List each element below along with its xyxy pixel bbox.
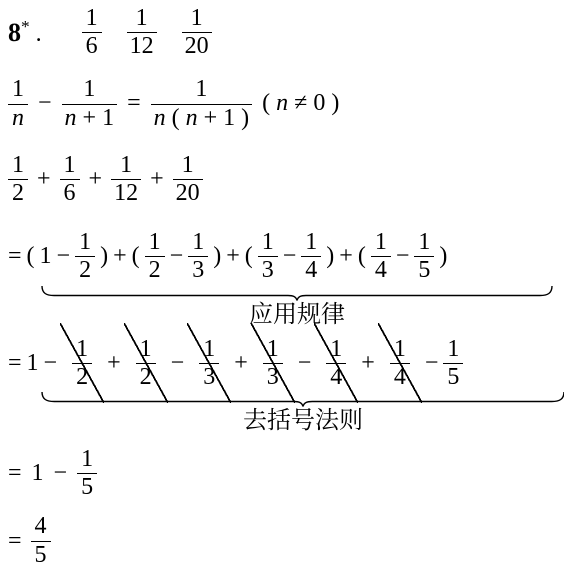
denominator: 3 xyxy=(188,257,208,283)
numerator: 1 xyxy=(62,77,118,104)
math-run: n xyxy=(65,105,77,131)
math-run: + xyxy=(89,166,103,192)
math-run: − xyxy=(425,350,439,376)
plus-operator: + xyxy=(339,244,353,269)
math-run: − xyxy=(283,243,297,269)
fraction-stack: 12 xyxy=(136,337,156,390)
math-run: + 1 ) xyxy=(198,105,250,131)
numerator: 1 xyxy=(8,77,28,104)
math-run: 4 xyxy=(305,257,317,283)
math-run: 1 xyxy=(182,152,194,178)
math-run: 1 xyxy=(12,76,24,102)
equals-sign: = xyxy=(8,351,22,376)
math-run: 5 xyxy=(447,364,459,390)
number-one: 1 xyxy=(32,461,44,486)
math-run: ( xyxy=(132,243,140,269)
math-run: 4 xyxy=(330,364,342,390)
fraction-stack: 120 xyxy=(182,6,212,59)
math-run: 12 xyxy=(114,180,138,206)
apply-rule-label: 应用规律 xyxy=(41,302,553,330)
math-run: 1 xyxy=(305,229,317,255)
line-cancelled-terms: =1−12+12−13+13−14+14−15 xyxy=(8,337,564,390)
fraction: 112 xyxy=(127,6,157,59)
numerator: 1 xyxy=(77,447,97,474)
fraction: 14 xyxy=(301,230,321,283)
math-run: 1 xyxy=(120,152,132,178)
math-run: 5 xyxy=(418,257,430,283)
fraction: 120 xyxy=(173,153,203,206)
math-run: 1 xyxy=(27,350,39,376)
math-run: − xyxy=(170,243,184,269)
math-run: 4 xyxy=(375,257,387,283)
close-paren: ) xyxy=(213,244,221,269)
fraction-stack: 1n ( n + 1 ) xyxy=(151,77,253,130)
math-run: 1 xyxy=(203,336,215,362)
math-run: 2 xyxy=(76,364,88,390)
equals-sign: = xyxy=(8,529,22,554)
math-run: 5 xyxy=(81,474,93,500)
remove-brackets-rule-label: 去括号法则 xyxy=(41,408,564,436)
math-run: + xyxy=(113,243,127,269)
fraction: 15 xyxy=(443,337,463,390)
fraction: 1n ( n + 1 ) xyxy=(151,77,253,130)
math-run: + xyxy=(226,243,240,269)
plus-operator: + xyxy=(107,351,121,376)
underbrace-icon xyxy=(41,285,553,301)
numerator: 1 xyxy=(371,230,391,257)
numerator: 1 xyxy=(301,230,321,257)
fraction: 14 xyxy=(371,230,391,283)
fraction: 1n xyxy=(8,77,28,130)
denominator: 5 xyxy=(77,474,97,500)
math-run: 1 xyxy=(195,76,207,102)
math-run: 1 xyxy=(375,229,387,255)
math-run: 1 xyxy=(330,336,342,362)
math-run: = xyxy=(8,350,22,376)
denominator: 2 xyxy=(145,257,165,283)
equals-sign: = xyxy=(8,461,22,486)
worked-solution-document: 8* .16112120 1n−1n + 1=1n ( n + 1 )( n ≠… xyxy=(0,0,564,568)
minus-operator: − xyxy=(425,351,439,376)
line-result: =45 xyxy=(8,514,564,567)
minus-operator: − xyxy=(44,351,58,376)
cancelled-fraction: 14 xyxy=(326,337,346,390)
denominator: 6 xyxy=(60,180,80,206)
close-paren: ) xyxy=(100,244,108,269)
fraction-stack: 16 xyxy=(82,6,102,59)
open-paren: ( xyxy=(245,244,253,269)
fraction-stack: 112 xyxy=(111,153,141,206)
numerator: 1 xyxy=(173,153,203,180)
minus-operator: − xyxy=(298,351,312,376)
fraction-stack: 14 xyxy=(326,337,346,390)
numerator: 1 xyxy=(60,153,80,180)
denominator: 2 xyxy=(72,364,92,390)
math-run: 1 xyxy=(83,76,95,102)
minus-operator: − xyxy=(396,244,410,269)
math-run: 1 xyxy=(149,229,161,255)
numerator: 1 xyxy=(182,6,212,33)
fraction: 45 xyxy=(31,514,51,567)
math-run: 4 xyxy=(35,513,47,539)
numerator: 1 xyxy=(263,337,283,364)
math-run: = xyxy=(8,243,22,269)
denominator: 12 xyxy=(127,33,157,59)
math-run: ( xyxy=(166,105,186,131)
numerator: 1 xyxy=(72,337,92,364)
denominator: n ( n + 1 ) xyxy=(151,105,253,131)
math-run: 6 xyxy=(86,33,98,59)
math-run: 1 xyxy=(394,336,406,362)
spacer xyxy=(50,32,74,33)
numerator: 1 xyxy=(390,337,410,364)
fraction: 12 xyxy=(75,230,95,283)
line-problem-number: 8* .16112120 xyxy=(8,6,564,59)
math-run: + xyxy=(339,243,353,269)
open-paren: ( xyxy=(358,244,366,269)
math-run: n xyxy=(12,105,24,131)
cancelled-fraction: 14 xyxy=(390,337,410,390)
math-run: ≠ 0 ) xyxy=(288,90,339,116)
math-run: = xyxy=(8,528,22,554)
math-run: 1 xyxy=(447,336,459,362)
math-run: = xyxy=(127,90,141,116)
numerator: 1 xyxy=(111,153,141,180)
math-run: 1 xyxy=(76,336,88,362)
numerator: 1 xyxy=(75,230,95,257)
minus-operator: − xyxy=(170,244,184,269)
fraction-stack: 14 xyxy=(390,337,410,390)
fraction: 15 xyxy=(77,447,97,500)
math-run: 5 xyxy=(35,542,47,568)
math-run: 1 xyxy=(191,5,203,31)
math-run: 20 xyxy=(185,33,209,59)
fraction: 16 xyxy=(60,153,80,206)
math-run: 8 xyxy=(8,18,21,47)
minus-operator: − xyxy=(54,461,68,486)
fraction: 16 xyxy=(82,6,102,59)
equals-sign: = xyxy=(8,244,22,269)
fraction: 12 xyxy=(8,153,28,206)
fraction-stack: 12 xyxy=(75,230,95,283)
plus-operator: + xyxy=(234,351,248,376)
line-identity: 1n−1n + 1=1n ( n + 1 )( n ≠ 0 ) xyxy=(8,77,564,130)
math-run: 3 xyxy=(203,364,215,390)
numerator: 1 xyxy=(188,230,208,257)
fraction-stack: 14 xyxy=(371,230,391,283)
math-run: ( xyxy=(245,243,253,269)
fraction-stack: 13 xyxy=(199,337,219,390)
fraction: 13 xyxy=(188,230,208,283)
math-run: 1 xyxy=(86,5,98,31)
fraction-stack: 1n xyxy=(8,77,28,130)
math-run: ( xyxy=(27,243,35,269)
cancelled-fraction: 12 xyxy=(72,337,92,390)
denominator: 12 xyxy=(111,180,141,206)
math-run: 1 xyxy=(12,152,24,178)
cancelled-fraction: 12 xyxy=(136,337,156,390)
denominator: 4 xyxy=(390,364,410,390)
math-run: 1 xyxy=(192,229,204,255)
math-run: 3 xyxy=(267,364,279,390)
fraction-stack: 112 xyxy=(127,6,157,59)
minus-operator: − xyxy=(171,351,185,376)
numerator: 1 xyxy=(136,337,156,364)
fraction-stack: 15 xyxy=(414,230,434,283)
fraction-stack: 13 xyxy=(258,230,278,283)
line-sum: 12+16+112+120 xyxy=(8,153,564,206)
denominator: 3 xyxy=(258,257,278,283)
denominator: 3 xyxy=(199,364,219,390)
fraction: 13 xyxy=(258,230,278,283)
math-run: 2 xyxy=(12,180,24,206)
math-run: n xyxy=(186,105,198,131)
fraction-stack: 15 xyxy=(443,337,463,390)
fraction-stack: 14 xyxy=(301,230,321,283)
math-run: + 1 xyxy=(77,105,115,131)
math-run: − xyxy=(38,90,52,116)
close-paren: ) xyxy=(439,244,447,269)
math-run: + xyxy=(150,166,164,192)
math-run: ( xyxy=(262,90,276,116)
condition: ( n ≠ 0 ) xyxy=(262,91,339,116)
number-one: 1 xyxy=(40,244,52,269)
numerator: 4 xyxy=(31,514,51,541)
math-run: 1 xyxy=(262,229,274,255)
math-run: ) xyxy=(100,243,108,269)
numerator: 1 xyxy=(258,230,278,257)
numerator: 1 xyxy=(443,337,463,364)
underbrace-icon xyxy=(41,391,564,407)
numerator: 1 xyxy=(414,230,434,257)
fraction: 1n + 1 xyxy=(62,77,118,130)
denominator: 3 xyxy=(263,364,283,390)
math-run: 3 xyxy=(262,257,274,283)
math-run: 3 xyxy=(192,257,204,283)
fraction-stack: 1n + 1 xyxy=(62,77,118,130)
cancelled-fraction: 13 xyxy=(199,337,219,390)
denominator: 4 xyxy=(301,257,321,283)
denominator: 5 xyxy=(414,257,434,283)
fraction-stack: 12 xyxy=(72,337,92,390)
plus-operator: + xyxy=(113,244,127,269)
numerator: 1 xyxy=(145,230,165,257)
number-one: 1 xyxy=(27,351,39,376)
math-run: 1 xyxy=(81,446,93,472)
plus-operator: + xyxy=(37,167,51,192)
math-run: 1 xyxy=(136,5,148,31)
annotation-apply-rule: 应用规律 xyxy=(41,285,553,330)
math-run: 6 xyxy=(64,180,76,206)
denominator: n + 1 xyxy=(62,105,118,131)
fraction: 112 xyxy=(111,153,141,206)
fraction-stack: 12 xyxy=(8,153,28,206)
math-run: + xyxy=(107,350,121,376)
denominator: n xyxy=(8,105,28,131)
math-run: = xyxy=(8,460,22,486)
math-run: − xyxy=(298,350,312,376)
math-run: 2 xyxy=(79,257,91,283)
denominator: 2 xyxy=(136,364,156,390)
math-run: ) xyxy=(326,243,334,269)
math-run: 12 xyxy=(130,33,154,59)
denominator: 2 xyxy=(8,180,28,206)
denominator: 20 xyxy=(182,33,212,59)
fraction-stack: 16 xyxy=(60,153,80,206)
math-run: 1 xyxy=(140,336,152,362)
fraction-stack: 13 xyxy=(188,230,208,283)
denominator: 5 xyxy=(443,364,463,390)
denominator: 20 xyxy=(173,180,203,206)
minus-operator: − xyxy=(57,244,71,269)
fraction: 120 xyxy=(182,6,212,59)
cancelled-fraction: 13 xyxy=(263,337,283,390)
math-run: 1 xyxy=(40,243,52,269)
numerator: 1 xyxy=(326,337,346,364)
fraction-stack: 45 xyxy=(31,514,51,567)
annotation-remove-brackets-rule: 去括号法则 xyxy=(41,391,564,436)
fraction-stack: 13 xyxy=(263,337,283,390)
fraction-stack: 12 xyxy=(145,230,165,283)
math-run: n xyxy=(276,90,288,116)
close-paren: ) xyxy=(326,244,334,269)
denominator: 6 xyxy=(82,33,102,59)
math-run: . xyxy=(30,21,42,47)
spacer xyxy=(110,32,119,33)
math-run: 1 xyxy=(267,336,279,362)
math-run: n xyxy=(154,105,166,131)
math-run: − xyxy=(44,350,58,376)
plus-operator: + xyxy=(150,167,164,192)
open-paren: ( xyxy=(27,244,35,269)
fraction-stack: 120 xyxy=(173,153,203,206)
math-run: 1 xyxy=(79,229,91,255)
fraction-stack: 15 xyxy=(77,447,97,500)
math-run: ) xyxy=(213,243,221,269)
math-run: 1 xyxy=(64,152,76,178)
plus-operator: + xyxy=(361,351,375,376)
math-run: 20 xyxy=(176,180,200,206)
math-run: + xyxy=(361,350,375,376)
math-run: − xyxy=(57,243,71,269)
math-run: 4 xyxy=(394,364,406,390)
math-run: 2 xyxy=(140,364,152,390)
denominator: 4 xyxy=(371,257,391,283)
problem-number: 8* . xyxy=(8,18,42,47)
math-run: ( xyxy=(358,243,366,269)
math-run: ) xyxy=(439,243,447,269)
numerator: 1 xyxy=(151,77,253,104)
math-run: 2 xyxy=(149,257,161,283)
open-paren: ( xyxy=(132,244,140,269)
fraction: 15 xyxy=(414,230,434,283)
fraction: 12 xyxy=(145,230,165,283)
math-run: + xyxy=(234,350,248,376)
plus-operator: + xyxy=(89,167,103,192)
spacer xyxy=(165,32,174,33)
line-after-cancel: =1−15 xyxy=(8,447,564,500)
numerator: 1 xyxy=(8,153,28,180)
plus-operator: + xyxy=(226,244,240,269)
math-run: * xyxy=(21,17,30,36)
denominator: 5 xyxy=(31,542,51,568)
math-run: − xyxy=(54,460,68,486)
math-run: − xyxy=(171,350,185,376)
minus-operator: − xyxy=(283,244,297,269)
math-run: 1 xyxy=(418,229,430,255)
numerator: 1 xyxy=(127,6,157,33)
line-expanded: =(1−12)+(12−13)+(13−14)+(14−15) xyxy=(8,230,564,283)
math-run: − xyxy=(396,243,410,269)
denominator: 2 xyxy=(75,257,95,283)
math-run: + xyxy=(37,166,51,192)
numerator: 1 xyxy=(82,6,102,33)
math-run: 1 xyxy=(32,460,44,486)
denominator: 4 xyxy=(326,364,346,390)
minus-operator: − xyxy=(38,91,52,116)
numerator: 1 xyxy=(199,337,219,364)
equals-sign: = xyxy=(127,91,141,116)
